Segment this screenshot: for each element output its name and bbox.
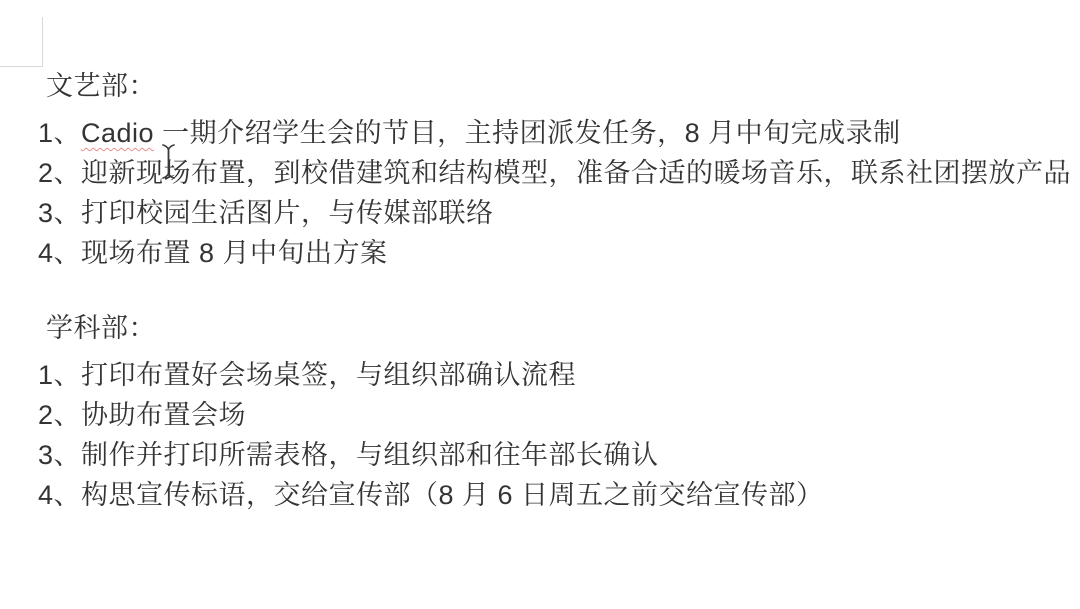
list-item[interactable]: 4、构思宣传标语，交给宣传部（8 月 6 日周五之前交给宣传部） (38, 475, 1078, 515)
list-item[interactable]: 2、迎新现场布置，到校借建筑和结构模型，准备合适的暖场音乐，联系社团摆放产品 (38, 153, 1078, 193)
list-item[interactable]: 3、制作并打印所需表格，与组织部和往年部长确认 (38, 435, 1078, 475)
list-item[interactable]: 4、现场布置 8 月中旬出方案 (38, 233, 1078, 273)
page-corner-border (0, 17, 43, 67)
document-page[interactable]: 文艺部： 1、Cadio 一期介绍学生会的节目，主持团派发任务，8 月中旬完成录… (0, 0, 1080, 609)
section-arts-department: 文艺部： 1、Cadio 一期介绍学生会的节目，主持团派发任务，8 月中旬完成录… (38, 66, 1078, 273)
item-number: 1、 (38, 118, 81, 148)
section-heading[interactable]: 学科部： (46, 308, 1078, 348)
list-item[interactable]: 3、打印校园生活图片，与传媒部联络 (38, 193, 1078, 233)
item-text: 一期介绍学生会的节目，主持团派发任务，8 月中旬完成录制 (154, 118, 901, 148)
list-item[interactable]: 1、打印布置好会场桌签，与组织部确认流程 (38, 355, 1078, 395)
list-item[interactable]: 2、协助布置会场 (38, 395, 1078, 435)
document-content[interactable]: 文艺部： 1、Cadio 一期介绍学生会的节目，主持团派发任务，8 月中旬完成录… (38, 66, 1078, 515)
list-item[interactable]: 1、Cadio 一期介绍学生会的节目，主持团派发任务，8 月中旬完成录制 (38, 113, 1078, 153)
section-heading[interactable]: 文艺部： (46, 66, 1078, 106)
section-academic-department: 学科部： 1、打印布置好会场桌签，与组织部确认流程 2、协助布置会场 3、制作并… (38, 308, 1078, 515)
misspelled-word[interactable]: Cadio (81, 118, 154, 148)
